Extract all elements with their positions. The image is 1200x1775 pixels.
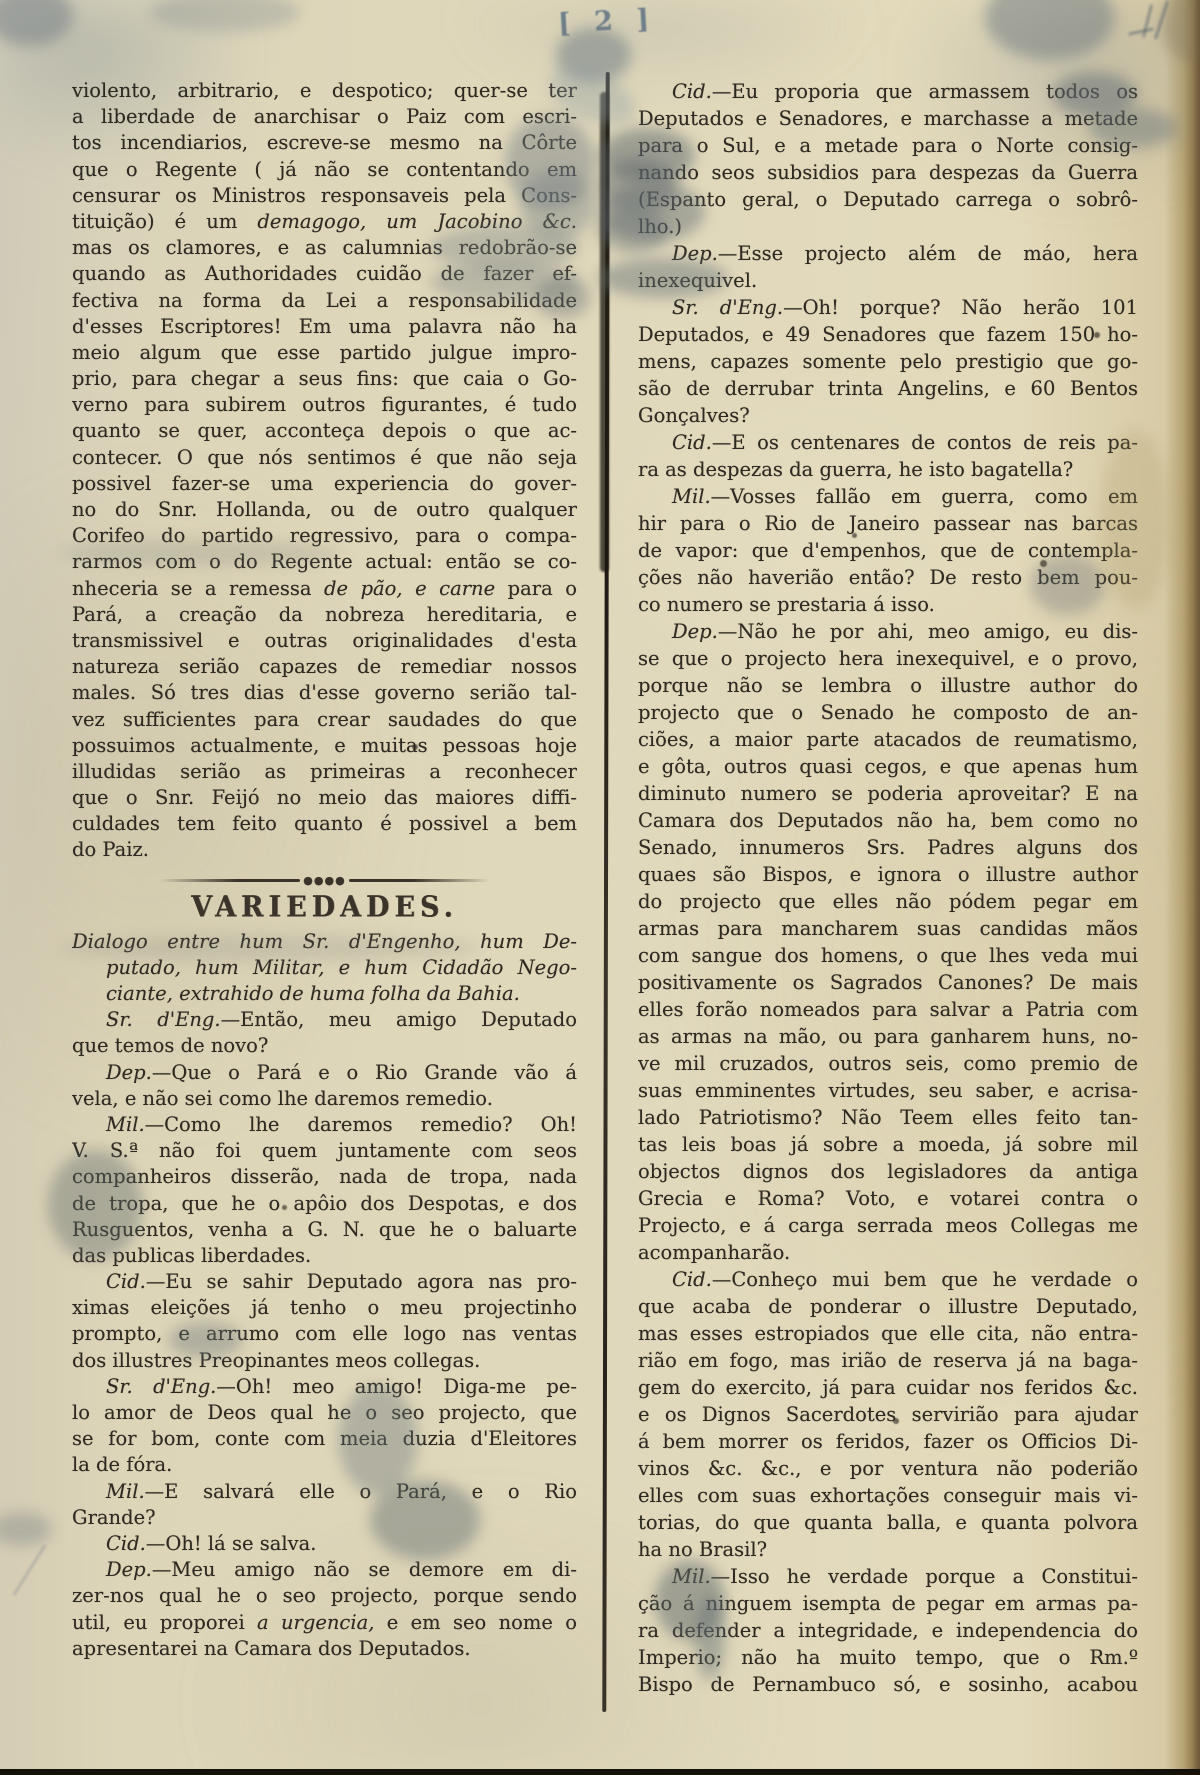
ink-stain (0, 1512, 52, 1546)
speaker-tag: Cid. (106, 1270, 146, 1293)
text-line: no do Snr. Hollanda, ou de outro qualque… (72, 497, 577, 523)
speaker-tag: Dep. (672, 242, 718, 265)
text-line: co numero se prestaria á isso. (638, 591, 1138, 618)
text-segment: —Como lhe daremos remedio? Oh! (145, 1113, 577, 1136)
text-line: (Espanto geral, o Deputado carrega o sob… (638, 186, 1138, 213)
text-line: ve mil cruzados, outros seis, como premi… (638, 1050, 1138, 1077)
speaker-tag: de pão, e carne (324, 577, 495, 600)
speaker-tag: Dep. (672, 620, 718, 643)
speaker-tag: Cid. (672, 431, 712, 454)
page-edge-right (1184, 0, 1200, 1775)
speaker-tag: Sr. d'Eng. (106, 1375, 216, 1398)
text-line: do Paiz. (72, 837, 577, 863)
text-line: torias, do que quanta balla, e quanta po… (638, 1509, 1138, 1536)
text-line: males. Só tres dias d'esse governo seriã… (72, 680, 577, 706)
text-line: são de derrubar trinta Angelins, e 60 Be… (638, 375, 1138, 402)
text-line: tos incendiarios, escreve-se mesmo na Cô… (72, 130, 577, 156)
text-line: zer-nos qual he o seo projecto, porque s… (72, 1583, 577, 1609)
text-line: Gonçalves? (638, 402, 1138, 429)
text-line: companheiros disserão, nada de tropa, na… (72, 1164, 577, 1190)
text-line: Dep.—Que o Pará e o Rio Grande vão á (72, 1060, 577, 1086)
text-line: objectos dignos dos legisladores da anti… (638, 1158, 1138, 1185)
text-line: e gôta, outros quasi cegos, e que apenas… (638, 753, 1138, 780)
left-column: violento, arbitrario, e despotico; quer-… (72, 78, 577, 1662)
pen-mark (1142, 4, 1153, 38)
text-line: Dep.—Meu amigo não se demore em di- (72, 1557, 577, 1583)
pen-mark (12, 1544, 46, 1596)
text-line: Dialogo entre hum Sr. d'Engenho, hum De- (72, 929, 577, 955)
text-segment: —Eu se sahir Deputado agora nas pro- (146, 1270, 577, 1293)
page-edge-bottom (0, 1769, 1200, 1775)
text-line: Cid.—Conheço mui bem que he verdade o (638, 1266, 1138, 1293)
text-line: Cid.—E os centenares de contos de reis p… (638, 429, 1138, 456)
text-line: vela, e não sei como lhe daremos remedio… (72, 1086, 577, 1112)
text-line: ra defender a integridade, e independenc… (638, 1617, 1138, 1644)
text-line: gem do exercito, já para cuidar nos feri… (638, 1374, 1138, 1401)
ornament-divider: ●●●● (160, 874, 490, 888)
text-line: ciante, extrahido de huma folha da Bahia… (72, 981, 577, 1007)
text-line: Cid.—Oh! lá se salva. (72, 1531, 577, 1557)
text-line: Senado, innumeros Srs. Padres alguns dos (638, 834, 1138, 861)
text-segment: e em seo nome o (374, 1611, 577, 1634)
text-line: Sr. d'Eng.—Oh! porque? Não herão 101 (638, 294, 1138, 321)
text-line: armas para mancharem suas candidas mãos (638, 915, 1138, 942)
text-line: rião em fogo, mas irião de reserva já na… (638, 1347, 1138, 1374)
text-segment: —Esse projecto além de máo, hera (718, 242, 1138, 265)
speaker-tag: Mil. (106, 1113, 145, 1136)
text-line: contecer. O que nós sentimos é que não s… (72, 445, 577, 471)
text-line: ra as despezas da guerra, he isto bagate… (638, 456, 1138, 483)
text-line: positivamente os Sagrados Canones? De ma… (638, 969, 1138, 996)
text-line: lo amor de Deos qual he o seo projecto, … (72, 1400, 577, 1426)
text-line: meio algum que esse partido julgue impro… (72, 340, 577, 366)
text-line: putado, hum Militar, e hum Cidadão Nego- (72, 955, 577, 981)
text-line: das publicas liberdades. (72, 1243, 577, 1269)
text-line: elles forão nomeados para salvar a Patri… (638, 996, 1138, 1023)
text-line: vinos &c. &c., e por ventura não poderiã… (638, 1455, 1138, 1482)
ink-dot (1040, 560, 1047, 567)
text-line: a liberdade de anarchisar o Paiz com esc… (72, 104, 577, 130)
text-line: possivel fazer-se uma experiencia do gov… (72, 471, 577, 497)
text-line: elles com suas exhortações conseguir mai… (638, 1482, 1138, 1509)
ink-dot (852, 533, 857, 538)
text-line: que acaba de ponderar o illustre Deputad… (638, 1293, 1138, 1320)
text-line: porque não se lembra o illustre author d… (638, 672, 1138, 699)
text-segment: —Meu amigo não se demore em di- (152, 1558, 577, 1581)
text-line: quanto se quer, acconteça depois o que a… (72, 418, 577, 444)
text-line: rarmos com o do Regente actual: então se… (72, 549, 577, 575)
text-line: Mil.—E salvará elle o Pará, e o Rio (72, 1479, 577, 1505)
text-line: Camara dos Deputados não ha, bem como no (638, 807, 1138, 834)
text-line: la de fóra. (72, 1452, 577, 1478)
text-segment: —Oh! meo amigo! Diga-me pe- (216, 1375, 577, 1398)
text-line: tituição) é um demagogo, um Jacobino &c. (72, 209, 577, 235)
speaker-tag: Mil. (672, 1565, 711, 1588)
text-line: suas emminentes virtudes, seu saber, e a… (638, 1077, 1138, 1104)
speaker-tag: Mil. (106, 1480, 145, 1503)
text-line: Deputados, e 49 Senadores que fazem 150 … (638, 321, 1138, 348)
text-line: que temos de novo? (72, 1033, 577, 1059)
text-line: Cid.—Eu se sahir Deputado agora nas pro- (72, 1269, 577, 1295)
section-heading-variedades: VARIEDADES. (72, 891, 577, 924)
text-line: Sr. d'Eng.—Oh! meo amigo! Diga-me pe- (72, 1374, 577, 1400)
text-line: inexequivel. (638, 267, 1138, 294)
page-number: [ 2 ] (557, 3, 657, 39)
text-line: ção á ninguem isempta de pegar em armas … (638, 1590, 1138, 1617)
text-line: acompanharão. (638, 1239, 1138, 1266)
ink-dot (282, 1205, 287, 1210)
speaker-tag: Sr. d'Eng. (106, 1008, 221, 1031)
text-line: util, eu proporei a urgencia, e em seo n… (72, 1610, 577, 1636)
text-line: Corifeo do partido regressivo, para o co… (72, 523, 577, 549)
text-line: projecto que o Senado he composto de an- (638, 699, 1138, 726)
text-line: illudidas serião as primeiras a reconhec… (72, 759, 577, 785)
speaker-tag: a urgencia, (257, 1611, 374, 1634)
text-segment: tituição) é um (72, 210, 257, 233)
speaker-tag: demagogo, um Jacobino &c. (257, 210, 577, 233)
speaker-tag: Sr. d'Eng. (672, 296, 783, 319)
text-line: d'esses Escriptores! Em uma palavra não … (72, 314, 577, 340)
text-line: e os Dignos Sacerdotes servirião para aj… (638, 1401, 1138, 1428)
text-segment: util, eu proporei (72, 1611, 257, 1634)
text-segment: —E os centenares de contos de reis pa- (712, 431, 1138, 454)
text-line: para o Sul, e a metade para o Norte cons… (638, 132, 1138, 159)
text-segment: —Que o Pará e o Rio Grande vão á (152, 1061, 577, 1084)
text-line: possuimos actualmente, e muitas pessoas … (72, 733, 577, 759)
text-line: Rusguentos, venha a G. N. que he o balua… (72, 1217, 577, 1243)
speaker-tag: Cid. (672, 1268, 712, 1291)
text-line: mas esses estropiados que elle cita, não… (638, 1320, 1138, 1347)
ink-dot (412, 744, 418, 750)
text-line: ciões, a maior parte atacados de reumati… (638, 726, 1138, 753)
text-line: Projecto, e á carga serrada meos Collega… (638, 1212, 1138, 1239)
text-line: lado Patriotismo? Não Teem elles feito t… (638, 1104, 1138, 1131)
ink-dot (893, 1418, 899, 1424)
right-column: Cid.—Eu proporia que armassem todos osDe… (638, 78, 1138, 1698)
text-line: que o Snr. Feijó no meio das maiores dif… (72, 785, 577, 811)
text-line: de vapor: que d'empenhos, que de contemp… (638, 537, 1138, 564)
text-segment: —Conheço mui bem que he verdade o (712, 1268, 1138, 1291)
text-line: mens, capazes somente pelo prestigio que… (638, 348, 1138, 375)
text-line: hir para o Rio de Janeiro passear nas ba… (638, 510, 1138, 537)
newspaper-page: [ 2 ] violento, arbitrario, e despotico;… (0, 0, 1200, 1775)
text-line: quando as Authoridades cuidão de fazer e… (72, 261, 577, 287)
text-segment: —Não he por ahi, meo amigo, eu dis- (718, 620, 1138, 643)
text-line: Imperio; não ha muito tempo, que o Rm.º (638, 1644, 1138, 1671)
column-divider-rule-heavy (600, 92, 609, 572)
text-line: Mil.—Vosses fallão em guerra, como em (638, 483, 1138, 510)
text-line: Bispo de Pernambuco só, e sosinho, acabo… (638, 1671, 1138, 1698)
text-line: verno para subirem outros figurantes, é … (72, 392, 577, 418)
text-line: apresentarei na Camara dos Deputados. (72, 1636, 577, 1662)
text-line: V. S.ª não foi quem juntamente com seos (72, 1138, 577, 1164)
text-line: dos illustres Preopinantes meos collegas… (72, 1348, 577, 1374)
speaker-tag: Dep. (106, 1061, 152, 1084)
text-line: fectiva na forma da Lei a responsabilida… (72, 288, 577, 314)
text-line: Cid.—Eu proporia que armassem todos os (638, 78, 1138, 105)
text-line: Sr. d'Eng.—Então, meu amigo Deputado (72, 1007, 577, 1033)
speaker-tag: Cid. (106, 1532, 146, 1555)
text-line: transmissivel e outras originalidades d'… (72, 628, 577, 654)
ink-stain (985, 0, 1115, 60)
text-segment: —Oh! lá se salva. (146, 1532, 317, 1555)
text-line: Mil.—Como lhe daremos remedio? Oh! (72, 1112, 577, 1138)
ink-dot (1094, 332, 1100, 338)
text-segment: —Isso he verdade porque a Constitui- (711, 1565, 1138, 1588)
pen-mark (1154, 1, 1169, 40)
text-segment: —Eu proporia que armassem todos os (712, 80, 1138, 103)
text-segment: —Vosses fallão em guerra, como em (711, 485, 1138, 508)
text-line: Dep.—Não he por ahi, meo amigo, eu dis- (638, 618, 1138, 645)
text-line: Dep.—Esse projecto além de máo, hera (638, 240, 1138, 267)
text-segment: —Oh! porque? Não herão 101 (783, 296, 1138, 319)
text-line: quaes são Bispos, e ignora o illustre au… (638, 861, 1138, 888)
text-line: lho.) (638, 213, 1138, 240)
ink-stain (0, 0, 73, 46)
text-line: diminuto numero se poderia aproveitar? E… (638, 780, 1138, 807)
text-line: do projecto que elles não pódem pegar em (638, 888, 1138, 915)
text-line: ha no Brasil? (638, 1536, 1138, 1563)
text-line: á bem morrer os feridos, fazer os Offici… (638, 1428, 1138, 1455)
text-line: prio, para chegar a seus fins: que caia … (72, 366, 577, 392)
text-line: de tropa, que he o apôio dos Despotas, e… (72, 1191, 577, 1217)
text-segment: —E salvará elle o Pará, e o Rio (145, 1480, 577, 1503)
speaker-tag: Dep. (106, 1558, 152, 1581)
text-line: mas os clamores, e as calumnias redobrão… (72, 235, 577, 261)
text-line: nando seos subsidios para despezas da Gu… (638, 159, 1138, 186)
text-line: Deputados e Senadores, e marchasse a met… (638, 105, 1138, 132)
text-segment: —Então, meu amigo Deputado (221, 1008, 577, 1031)
text-line: se que o projecto hera inexequivel, e o … (638, 645, 1138, 672)
text-line: que o Regente ( já não se contentando em (72, 157, 577, 183)
speaker-tag: Mil. (672, 485, 711, 508)
text-line: culdades tem feito quanto é possivel a b… (72, 811, 577, 837)
ornament-beads: ●●●● (300, 876, 348, 886)
text-line: natureza serião capazes de remediar noss… (72, 654, 577, 680)
text-line: censurar os Ministros responsaveis pela … (72, 183, 577, 209)
text-line: prompto, e arrumo com elle logo nas vent… (72, 1321, 577, 1347)
text-line: as armas na mão, ou para ganharem huns, … (638, 1023, 1138, 1050)
text-line: nheceria se a remessa de pão, e carne pa… (72, 576, 577, 602)
text-line: violento, arbitrario, e despotico; quer-… (72, 78, 577, 104)
text-line: Mil.—Isso he verdade porque a Constitui- (638, 1563, 1138, 1590)
text-line: ximas eleições já tenho o meu projectinh… (72, 1295, 577, 1321)
text-line: Grecia e Roma? Voto, e votarei contra o (638, 1185, 1138, 1212)
text-segment: para o (495, 577, 577, 600)
text-segment: nheceria se a remessa (72, 577, 324, 600)
text-line: Grande? (72, 1505, 577, 1531)
pen-mark (1128, 27, 1154, 35)
ink-stain (150, 0, 300, 32)
text-line: ções não haverião então? De resto bem po… (638, 564, 1138, 591)
text-line: tas leis boas já sobre a moeda, já sobre… (638, 1131, 1138, 1158)
text-line: Pará, a creação da nobreza hereditaria, … (72, 602, 577, 628)
text-line: vez sufficientes para crear saudades do … (72, 707, 577, 733)
text-line: com sangue dos homens, o que lhes veda m… (638, 942, 1138, 969)
text-line: se for bom, conte com meia duzia d'Eleit… (72, 1426, 577, 1452)
speaker-tag: Cid. (672, 80, 712, 103)
